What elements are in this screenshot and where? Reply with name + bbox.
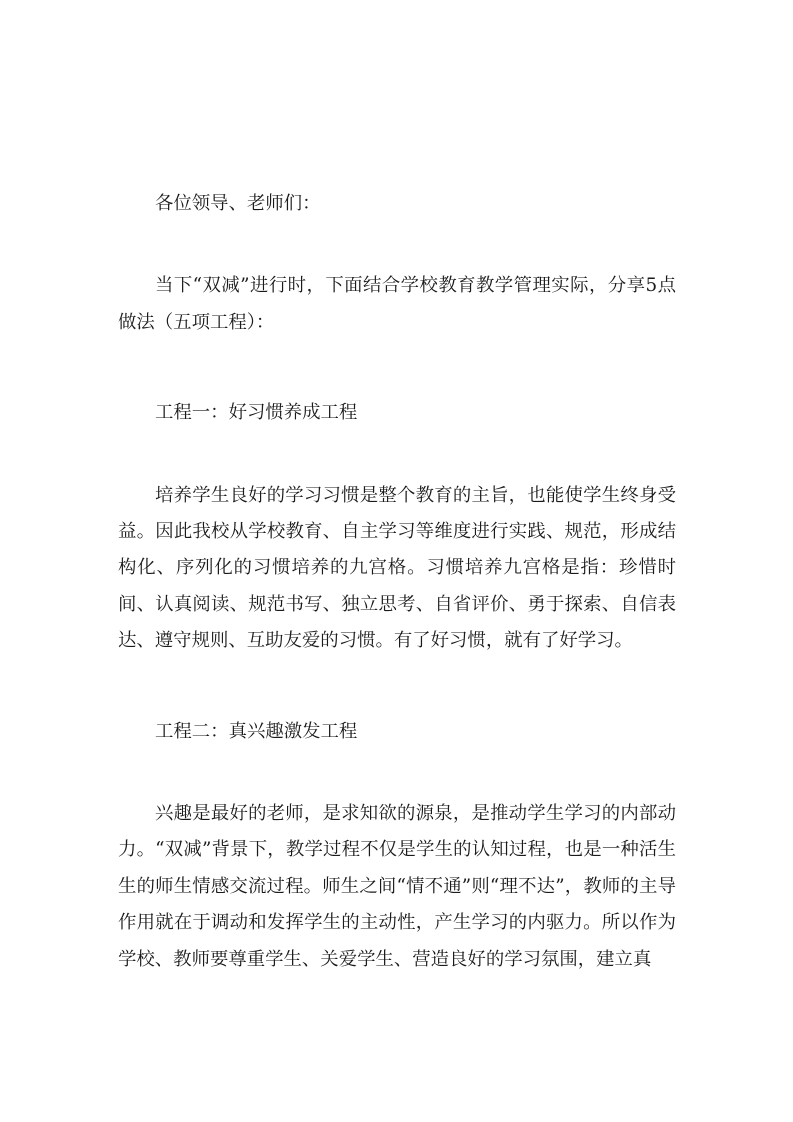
paragraph-spacer	[118, 750, 676, 796]
paragraph-spacer	[118, 341, 676, 395]
intro-paragraph: 当下“双减”进行时，下面结合学校教育教学管理实际，分享5点做法（五项工程）：	[118, 268, 676, 341]
section-body-2: 兴趣是最好的老师，是求知欲的源泉，是推动学生学习的内部动力。“双减”背景下，教学…	[118, 796, 676, 978]
document-page: 各位领导、老师们： 当下“双减”进行时，下面结合学校教育教学管理实际，分享5点做…	[118, 186, 676, 978]
paragraph-spacer	[118, 222, 676, 268]
paragraph-spacer	[118, 432, 676, 478]
section-body-1: 培养学生良好的学习习惯是整个教育的主旨，也能使学生终身受益。因此我校从学校教育、…	[118, 478, 676, 660]
paragraph-spacer	[118, 660, 676, 714]
section-heading-1: 工程一：好习惯养成工程	[118, 395, 676, 431]
salutation: 各位领导、老师们：	[118, 186, 676, 222]
section-heading-2: 工程二：真兴趣激发工程	[118, 714, 676, 750]
